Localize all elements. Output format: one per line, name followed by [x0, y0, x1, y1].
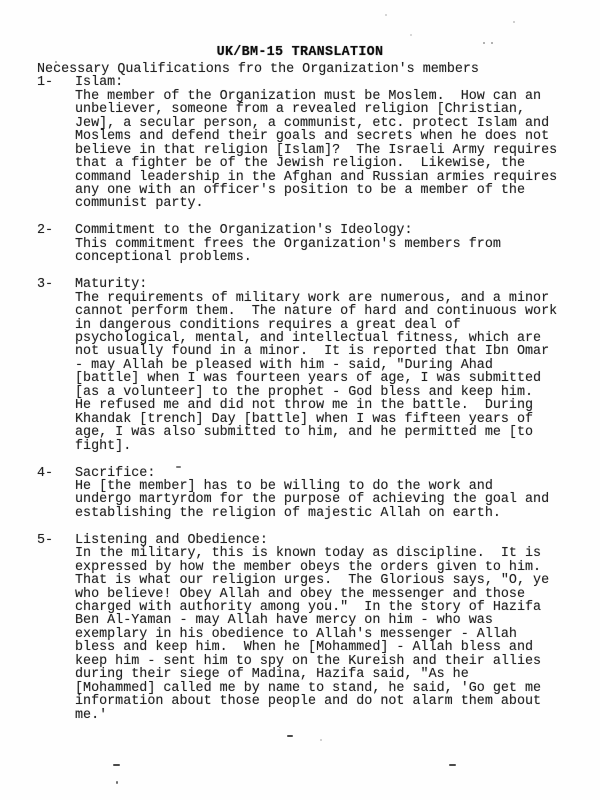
section-paragraph: The member of the Organization must be M… — [75, 90, 563, 211]
scan-artifact — [287, 735, 293, 737]
section-paragraph: In the military, this is known today as … — [75, 547, 563, 722]
section-sacrifice: 4-Sacrifice: He [the member] has to be w… — [37, 467, 563, 521]
scan-artifact — [320, 739, 322, 741]
section-paragraph: The requirements of military work are nu… — [75, 292, 563, 453]
section-number: 2- — [37, 224, 75, 237]
section-listening-obedience: 5-Listening and Obedience: In the milita… — [37, 534, 563, 722]
section-paragraph: He [the member] has to be willing to do … — [75, 480, 563, 520]
section-heading-row: 1-Islam: — [37, 76, 563, 89]
section-maturity: 3-Maturity: The requirements of military… — [37, 278, 563, 453]
section-paragraph: This commitment frees the Organization's… — [75, 238, 563, 265]
document-page: UK/BM-15 TRANSLATION Necessary Qualifica… — [0, 0, 600, 800]
section-commitment: 2-Commitment to the Organization's Ideol… — [37, 224, 563, 264]
section-heading: Maturity: — [75, 277, 147, 292]
scan-artifact — [113, 764, 120, 766]
scan-artifact — [513, 21, 515, 23]
section-number: 1- — [37, 76, 75, 89]
scan-artifact — [116, 781, 118, 784]
section-heading-row: 3-Maturity: — [37, 278, 563, 291]
scan-artifact — [176, 466, 181, 468]
section-heading-row: 5-Listening and Obedience: — [37, 534, 563, 547]
section-heading-row: 4-Sacrifice: — [37, 467, 563, 480]
scan-artifact — [385, 14, 387, 16]
scan-artifact — [55, 61, 57, 63]
section-number: 3- — [37, 278, 75, 291]
section-heading-row: 2-Commitment to the Organization's Ideol… — [37, 224, 563, 237]
scan-artifact — [449, 764, 456, 766]
section-number: 5- — [37, 534, 75, 547]
scan-artifact — [483, 42, 485, 44]
scan-artifact — [491, 42, 493, 44]
scan-artifact — [410, 34, 412, 36]
document-title: UK/BM-15 TRANSLATION — [37, 46, 563, 59]
document-subtitle: Necessary Qualifications fro the Organiz… — [37, 63, 563, 76]
section-islam: 1-Islam: The member of the Organization … — [37, 76, 563, 211]
section-number: 4- — [37, 467, 75, 480]
document-body: UK/BM-15 TRANSLATION Necessary Qualifica… — [37, 46, 563, 722]
